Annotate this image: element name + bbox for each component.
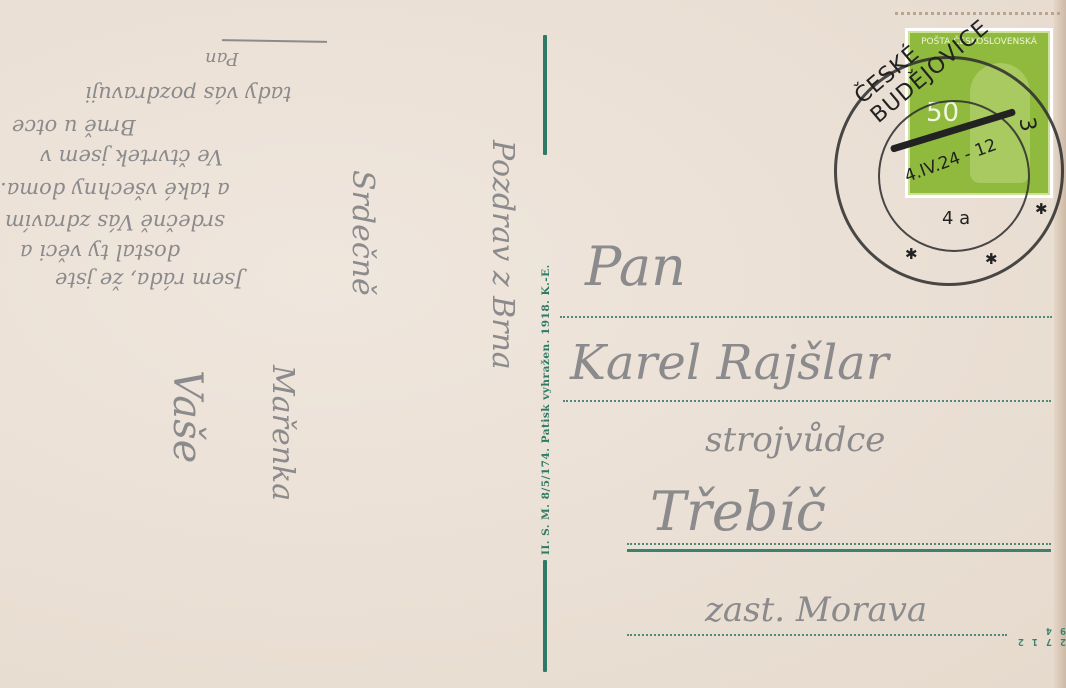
serial-number: 2 7 1 2 9 4 [1010, 625, 1066, 647]
message-line: a také všechny doma. [0, 178, 230, 202]
address-line-3-solid [627, 549, 1051, 552]
pencil-underline [222, 39, 327, 43]
divider-top [543, 35, 547, 155]
postmark-code: 4 a [942, 208, 970, 229]
imprint-text: II. S. M. 8/5/174. Patisk vyhražen. 1918… [540, 264, 552, 555]
address-line-3 [627, 543, 1051, 545]
message-line: dostal ty věci a [20, 240, 180, 264]
message-vertical-line: Srdečně [345, 170, 380, 296]
divider-bottom [543, 560, 547, 672]
address-region: zast. Morava [705, 590, 927, 630]
message-vertical-greeting: Pozdrav z Brna [485, 140, 520, 370]
message-line: Brně u otce [12, 115, 136, 139]
address-occupation: strojvůdce [705, 420, 885, 460]
message-top-note: Pan [205, 48, 239, 69]
postmark-star-icon: ✱ [985, 250, 998, 269]
message-vertical-sender: Mařenka [265, 365, 300, 501]
address-line-4 [627, 634, 1007, 636]
message-line: Ve čtvrtek jsem v [40, 145, 223, 169]
address-salutation: Pan [585, 235, 686, 298]
message-line: srdečně Vás zdravím [5, 210, 225, 234]
message-signature: Vaše [164, 370, 210, 463]
address-line-1 [560, 316, 1052, 318]
address-line-2 [563, 400, 1051, 402]
message-line: Jsem ráda, že jste [55, 268, 243, 292]
postmark-star-icon: ✱ [905, 245, 918, 264]
address-name: Karel Rajšlar [570, 335, 889, 391]
postmark-star-icon: ✱ [1035, 200, 1048, 219]
postcard-back: Pan tady vás pozdravuji Brně u otce Ve č… [0, 0, 1066, 688]
message-line: tady vás pozdravuji [85, 82, 292, 106]
card-edge-shadow [1054, 0, 1066, 688]
address-city: Třebíč [650, 480, 826, 543]
postmark-inner-ring [878, 100, 1030, 252]
